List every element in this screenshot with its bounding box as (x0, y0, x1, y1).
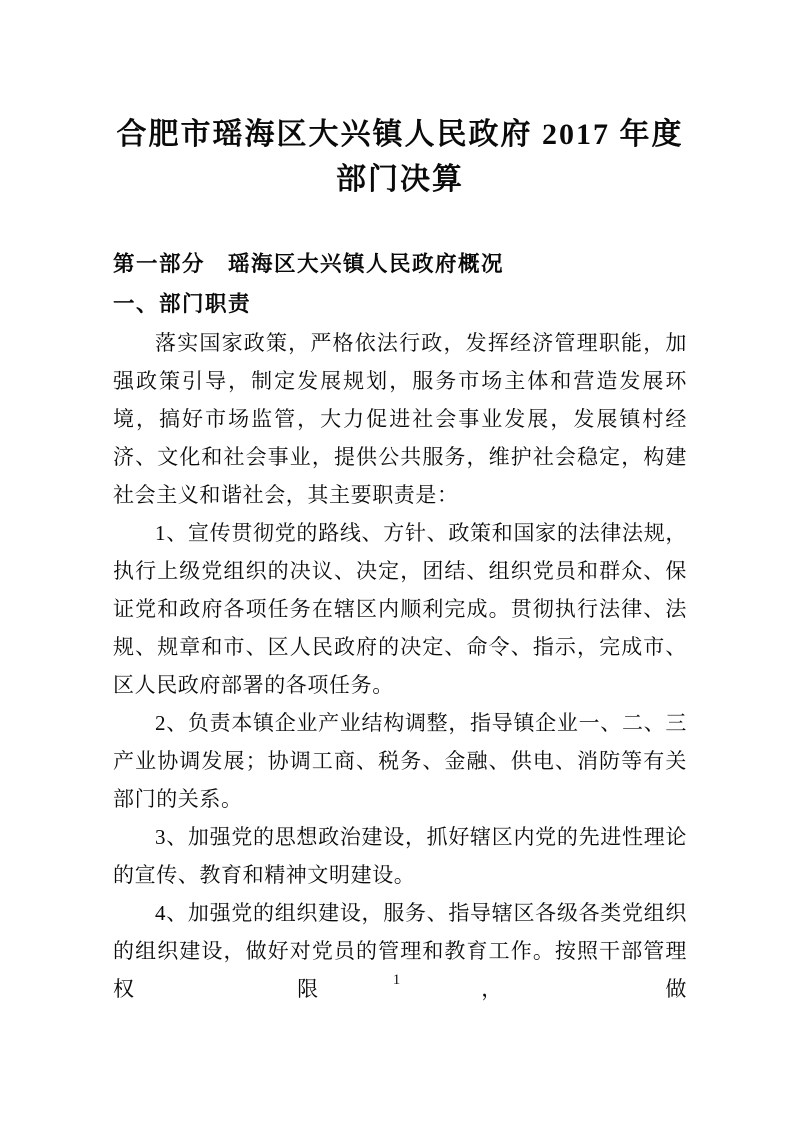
document-page: 合肥市瑶海区大兴镇人民政府 2017 年度 部门决算 第一部分 瑶海区大兴镇人民… (0, 0, 793, 1122)
body-paragraph: 3、加强党的思想政治建设，抓好辖区内党的先进性理论的宣传、教育和精神文明建设。 (113, 818, 687, 894)
heading-part1: 第一部分 瑶海区大兴镇人民政府概况 (113, 244, 687, 284)
body-paragraph: 1、宣传贯彻党的路线、方针、政策和国家的法律法规，执行上级党组织的决议、决定，团… (113, 514, 687, 704)
document-title-line2: 部门决算 (113, 157, 687, 202)
document-title-line1: 合肥市瑶海区大兴镇人民政府 2017 年度 (113, 112, 687, 157)
body-paragraph: 2、负责本镇企业产业结构调整，指导镇企业一、二、三产业协调发展；协调工商、税务、… (113, 704, 687, 818)
document-title: 合肥市瑶海区大兴镇人民政府 2017 年度 部门决算 (113, 112, 687, 202)
body-paragraph: 落实国家政策，严格依法行政，发挥经济管理职能，加强政策引导，制定发展规划，服务市… (113, 324, 687, 514)
document-body: 落实国家政策，严格依法行政，发挥经济管理职能，加强政策引导，制定发展规划，服务市… (113, 324, 687, 1008)
page-number: 1 (0, 972, 793, 989)
body-paragraph: 4、加强党的组织建设，服务、指导辖区各级各类党组织的组织建设，做好对党员的管理和… (113, 894, 687, 1008)
heading-department-duties: 一、部门职责 (113, 284, 687, 324)
